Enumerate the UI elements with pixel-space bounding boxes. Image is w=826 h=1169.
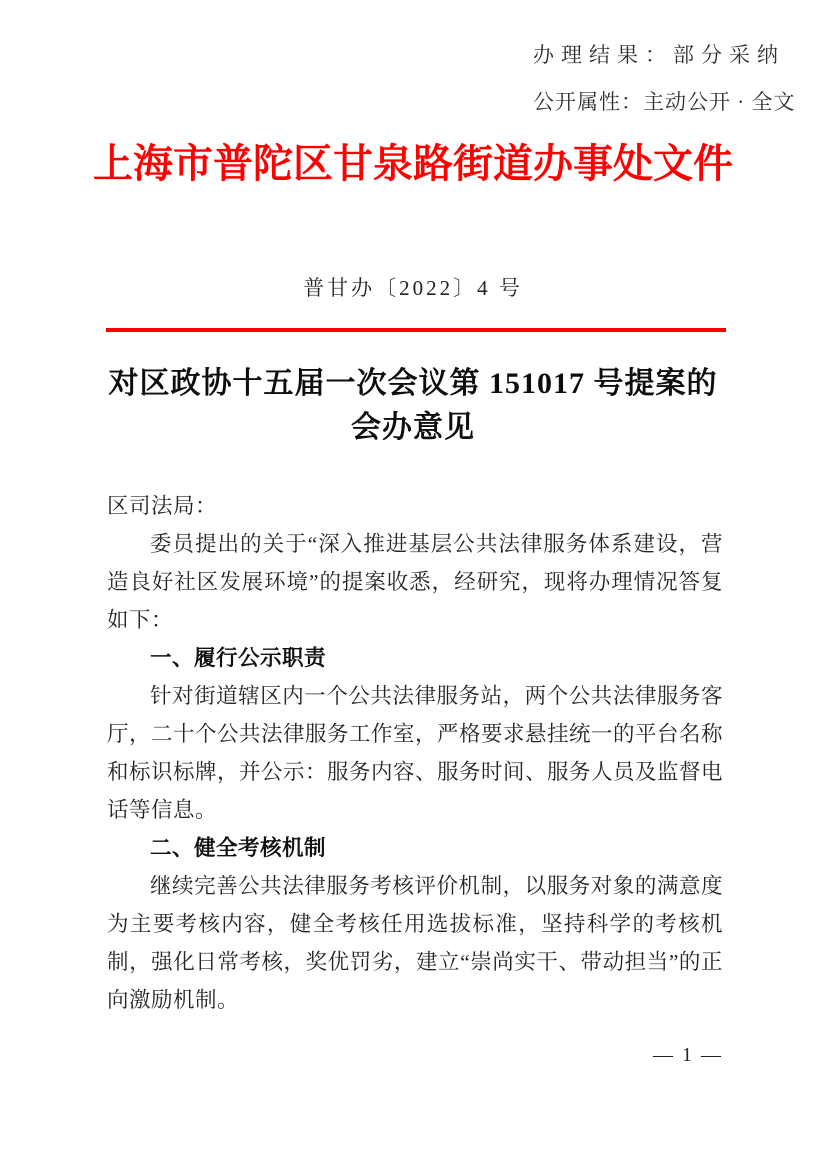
header-meta: 办理结果：部分采纳 公开属性：主动公开 · 全文	[533, 32, 796, 126]
paragraph-section-2: 继续完善公共法律服务考核评价机制，以服务对象的满意度为主要考核内容，健全考核任用…	[107, 867, 723, 1019]
page-number: — 1 —	[653, 1044, 723, 1066]
publicity-line: 公开属性：主动公开 · 全文	[533, 79, 796, 126]
page-footer: — 1 —	[105, 1044, 723, 1067]
section-heading-2: 二、健全考核机制	[107, 829, 723, 867]
document-body: 区司法局： 委员提出的关于“深入推进基层公共法律服务体系建设，营造良好社区发展环…	[107, 487, 723, 1019]
salutation: 区司法局：	[107, 487, 723, 525]
letterhead-title: 上海市普陀区甘泉路街道办事处文件	[0, 140, 826, 188]
section-heading-1: 一、履行公示职责	[107, 639, 723, 677]
doc-title-line-1: 对区政协十五届一次会议第 151017 号提案的	[103, 362, 723, 406]
paragraph-intro: 委员提出的关于“深入推进基层公共法律服务体系建设，营造良好社区发展环境”的提案收…	[107, 525, 723, 639]
doc-title: 对区政协十五届一次会议第 151017 号提案的 会办意见	[103, 362, 723, 450]
doc-number: 普甘办〔2022〕4 号	[0, 272, 826, 302]
red-divider-rule	[106, 328, 726, 332]
document-page: 办理结果：部分采纳 公开属性：主动公开 · 全文 上海市普陀区甘泉路街道办事处文…	[0, 0, 826, 1169]
paragraph-section-1: 针对街道辖区内一个公共法律服务站，两个公共法律服务客厅，二十个公共法律服务工作室…	[107, 677, 723, 829]
handling-result-line: 办理结果：部分采纳	[533, 32, 796, 79]
doc-title-line-2: 会办意见	[103, 406, 723, 450]
